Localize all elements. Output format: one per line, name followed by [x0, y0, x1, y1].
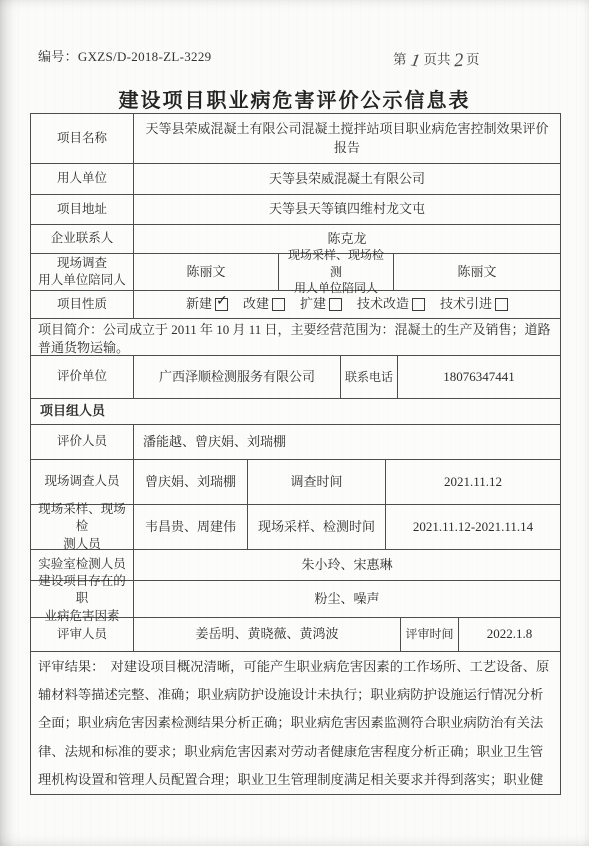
row-survey: 现场调查人员 曾庆娟、刘瑞棚 调查时间 2021.11.12 [31, 460, 560, 505]
team-header: 项目组人员 [31, 399, 560, 424]
page-indicator: 第1页共2页 [393, 48, 480, 70]
employer-label: 用人单位 [31, 164, 134, 194]
address-label: 项目地址 [31, 195, 134, 224]
nature-option-label: 改建 [243, 295, 269, 313]
row-project-name: 项目名称 天等县荣威混凝土有限公司混凝土搅拌站项目职业病危害控制效果评价 报告 [31, 114, 560, 164]
review-time-label: 评审时间 [401, 618, 459, 651]
sampling-label: 现场采样、现场检 测人员 [31, 505, 134, 549]
checkbox-checked-icon: ✓ [215, 298, 228, 311]
doc-number-label: 编号： [38, 49, 78, 64]
sampling-escort-label: 现场采样、现场检测 用人单位陪同人 [279, 254, 394, 290]
project-name-label: 项目名称 [31, 114, 134, 163]
project-intro: 项目简介：公司成立于 2011 年 10 月 11 日，主要经营范围为：混凝土的… [31, 319, 560, 355]
hazards-value: 粉尘、噪声 [134, 581, 560, 617]
row-team-header: 项目组人员 [31, 399, 560, 425]
page-infix: 页共 [424, 52, 451, 67]
page-total-handwritten: 2 [453, 51, 464, 71]
sampling-time-value: 2021.11.12-2021.11.14 [386, 505, 560, 549]
review-result: 评审结果：对建设项目概况清晰，可能产生职业病危害因素的工作场所、工艺设备、原辅材… [31, 652, 560, 794]
row-evaluator-org: 评价单位 广西泽顺检测服务有限公司 联系电话 18076347441 [31, 356, 560, 399]
row-hazards: 建设项目存在的职 业病危害因素 粉尘、噪声 [31, 581, 560, 618]
nature-option-label: 扩建 [300, 295, 326, 313]
phone-value: 18076347441 [398, 356, 560, 398]
checkbox-empty-icon [272, 298, 285, 311]
row-escort: 现场调查 用人单位陪同人 陈丽文 现场采样、现场检测 用人单位陪同人 陈丽文 [31, 254, 560, 291]
doc-number-value: GXZS/D-2018-ZL-3229 [78, 49, 212, 64]
survey-escort-value: 陈丽文 [134, 254, 279, 290]
page-prefix: 第 [393, 52, 407, 67]
row-project-intro: 项目简介：公司成立于 2011 年 10 月 11 日，主要经营范围为：混凝土的… [31, 319, 560, 356]
nature-option-rebuild: 改建 [243, 295, 285, 313]
scanned-document-page: 编号：GXZS/D-2018-ZL-3229 第1页共2页 建设项目职业病危害评… [0, 0, 589, 846]
lab-value: 朱小玲、宋惠琳 [134, 550, 560, 580]
nature-option-label: 新建 [186, 295, 212, 313]
info-table: 项目名称 天等县荣威混凝土有限公司混凝土搅拌站项目职业病危害控制效果评价 报告 … [30, 113, 561, 795]
evaluator-org-value: 广西泽顺检测服务有限公司 [134, 356, 341, 398]
evaluators-value: 潘能越、曾庆娟、刘瑞棚 [134, 425, 560, 459]
contact-label: 企业联系人 [31, 225, 134, 253]
project-intro-label: 项目简介： [38, 322, 103, 337]
page-current-handwritten: 1 [409, 50, 421, 69]
row-review: 评审人员 姜岳明、黄晓薇、黄鸿波 评审时间 2022.1.8 [31, 618, 560, 652]
survey-time-value: 2021.11.12 [386, 460, 560, 504]
page-suffix: 页 [466, 52, 480, 67]
row-sampling: 现场采样、现场检 测人员 韦昌贵、周建伟 现场采样、检测时间 2021.11.1… [31, 505, 560, 550]
phone-label: 联系电话 [341, 356, 398, 398]
nature-option-tech-upgrade: 技术改造 [357, 295, 425, 313]
checkbox-empty-icon [495, 298, 508, 311]
sampling-escort-value: 陈丽文 [394, 254, 560, 290]
hazards-label: 建设项目存在的职 业病危害因素 [31, 581, 134, 617]
employer-value: 天等县荣威混凝土有限公司 [134, 164, 560, 194]
project-nature-options: 新建✓ 改建 扩建 技术改造 技术引进 [134, 291, 560, 318]
review-time-value: 2022.1.8 [459, 618, 560, 651]
page-title: 建设项目职业病危害评价公示信息表 [0, 84, 589, 113]
checkbox-empty-icon [329, 298, 342, 311]
survey-escort-label: 现场调查 用人单位陪同人 [31, 254, 134, 290]
project-intro-text: 公司成立于 2011 年 10 月 11 日，主要经营范围为：混凝土的生产及销售… [38, 322, 551, 355]
sampling-value: 韦昌贵、周建伟 [134, 505, 248, 549]
survey-value: 曾庆娟、刘瑞棚 [134, 460, 248, 504]
nature-option-expand: 扩建 [300, 295, 342, 313]
review-value: 姜岳明、黄晓薇、黄鸿波 [134, 618, 401, 651]
row-evaluators: 评价人员 潘能越、曾庆娟、刘瑞棚 [31, 425, 560, 460]
review-result-label: 评审结果： [38, 659, 104, 674]
row-review-result: 评审结果：对建设项目概况清晰，可能产生职业病危害因素的工作场所、工艺设备、原辅材… [31, 652, 560, 794]
row-project-nature: 项目性质 新建✓ 改建 扩建 技术改造 技术引进 [31, 291, 560, 319]
checkbox-empty-icon [412, 298, 425, 311]
check-icon: ✓ [216, 292, 228, 312]
evaluator-org-label: 评价单位 [31, 356, 134, 398]
evaluators-label: 评价人员 [31, 425, 134, 459]
row-employer: 用人单位 天等县荣威混凝土有限公司 [31, 164, 560, 195]
review-label: 评审人员 [31, 618, 134, 651]
review-result-text: 对建设项目概况清晰，可能产生职业病危害因素的工作场所、工艺设备、原辅材料等描述完… [38, 659, 549, 794]
survey-time-label: 调查时间 [248, 460, 386, 504]
row-address: 项目地址 天等县天等镇四维村龙文屯 [31, 195, 560, 225]
doc-number: 编号：GXZS/D-2018-ZL-3229 [38, 46, 211, 65]
nature-option-tech-import: 技术引进 [440, 295, 508, 313]
address-value: 天等县天等镇四维村龙文屯 [134, 195, 560, 224]
nature-option-label: 技术改造 [357, 295, 409, 313]
nature-option-label: 技术引进 [440, 295, 492, 313]
nature-option-new: 新建✓ [186, 295, 228, 313]
project-name-value: 天等县荣威混凝土有限公司混凝土搅拌站项目职业病危害控制效果评价 报告 [134, 114, 560, 163]
project-nature-label: 项目性质 [31, 291, 134, 318]
survey-label: 现场调查人员 [31, 460, 134, 504]
sampling-time-label: 现场采样、检测时间 [248, 505, 386, 549]
